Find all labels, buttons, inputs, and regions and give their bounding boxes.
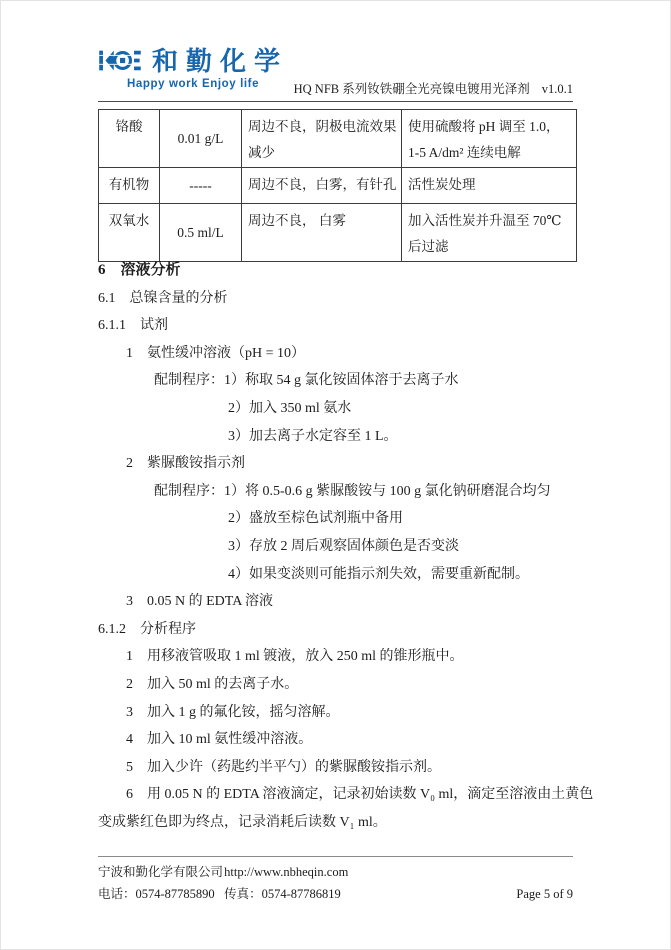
phone-number: 电话：0574-87785890 [98,883,221,905]
body-paragraph: 2）加入 350 ml 氨水 [228,395,576,423]
impurity-content: 0.01 g/L [160,110,242,168]
body-paragraph: 3）存放 2 周后观察固体颜色是否变淡 [228,533,576,561]
body-paragraph: 6.1.1 试剂 [98,312,576,340]
hqe-logo-icon [98,47,142,74]
fault-symptom: 周边不良，阴极电流效果 减少 [242,110,402,168]
brand-name: 和勤化学 [152,48,288,74]
body-paragraph: 6 用 0.05 N 的 EDTA 溶液滴定，记录初始读数 V₀ ml，滴定至溶… [126,781,576,809]
body-paragraph: 3 加入 1 g 的氟化铵，摇匀溶解。 [126,699,576,727]
footer: 宁波和勤化学有限公司 http://www.nbheqin.com 电话：057… [98,861,573,905]
body-paragraph: 4 加入 10 ml 氨性缓冲溶液。 [126,726,576,754]
body-paragraph: 2）盛放至棕色试剂瓶中备用 [228,505,576,533]
impurity-name: 有机物 [99,168,160,204]
impurity-name: 铬酸 [99,110,160,168]
table-row: 双氧水 0.5 ml/L 周边不良， 白雾 加入活性炭并升温至 70℃ 后过滤 [99,204,577,262]
body-paragraph: 3 0.05 N 的 EDTA 溶液 [126,588,576,616]
treatment-method: 使用硫酸将 pH 调至 1.0， 1-5 A/dm² 连续电解 [402,110,577,168]
treatment-method: 活性炭处理 [402,168,577,204]
table-row: 有机物 ----- 周边不良，白雾，有针孔 活性炭处理 [99,168,577,204]
impurity-treatment-table: 铬酸 0.01 g/L 周边不良，阴极电流效果 减少 使用硫酸将 pH 调至 1… [98,109,577,262]
body-paragraph: 4）如果变淡则可能指示剂失效，需要重新配制。 [228,561,576,589]
body-paragraph: 6.1 总镍含量的分析 [98,285,576,313]
document-page: 和勤化学 Happy work Enjoy life HQ NFB 系列钕铁硼全… [0,0,671,950]
body-paragraph: 变成紫红色即为终点，记录消耗后读数 V₁ ml。 [98,809,576,837]
table-row: 铬酸 0.01 g/L 周边不良，阴极电流效果 减少 使用硫酸将 pH 调至 1… [99,110,577,168]
section-heading: 6 溶液分析 [98,257,576,285]
document-title-text: HQ NFB 系列钕铁硼全光亮镍电镀用光泽剂 [294,82,530,96]
impurity-content: ----- [160,168,242,204]
website-link[interactable]: http://www.nbheqin.com [224,865,348,879]
body-paragraph: 3）加去离子水定容至 1 L。 [228,423,576,451]
impurity-name: 双氧水 [99,204,160,262]
body-paragraph: 1 用移液管吸取 1 ml 镀液，放入 250 ml 的锥形瓶中。 [126,643,576,671]
body-paragraph: 5 加入少许（药匙约半平勺）的紫脲酸铵指示剂。 [126,754,576,782]
body-paragraph: 6.1.2 分析程序 [98,616,576,644]
body-paragraph: 配制程序：1）将 0.5-0.6 g 紫脲酸铵与 100 g 氯化钠研磨混合均匀 [154,478,576,506]
brand-logo: 和勤化学 Happy work Enjoy life [98,47,288,90]
document-body: 6 溶液分析 6.1 总镍含量的分析 6.1.1 试剂 1 氨性缓冲溶液（pH … [98,257,576,836]
body-paragraph: 1 氨性缓冲溶液（pH = 10） [126,340,576,368]
treatment-method: 加入活性炭并升温至 70℃ 后过滤 [402,204,577,262]
company-name: 宁波和勤化学有限公司 [98,861,221,883]
document-title: HQ NFB 系列钕铁硼全光亮镍电镀用光泽剂v1.0.1 [294,79,573,97]
document-version: v1.0.1 [542,82,573,96]
fault-symptom: 周边不良，白雾，有针孔 [242,168,402,204]
page-number: Page 5 of 9 [516,883,573,905]
body-paragraph: 2 加入 50 ml 的去离子水。 [126,671,576,699]
fax-number: 传真：0574-87786819 [224,887,341,901]
impurity-content: 0.5 ml/L [160,204,242,262]
brand-tagline: Happy work Enjoy life [127,78,288,90]
header-divider [98,101,573,102]
fault-symptom: 周边不良， 白雾 [242,204,402,262]
footer-divider [98,856,573,857]
body-paragraph: 配制程序：1）称取 54 g 氯化铵固体溶于去离子水 [154,367,576,395]
body-paragraph: 2 紫脲酸铵指示剂 [126,450,576,478]
